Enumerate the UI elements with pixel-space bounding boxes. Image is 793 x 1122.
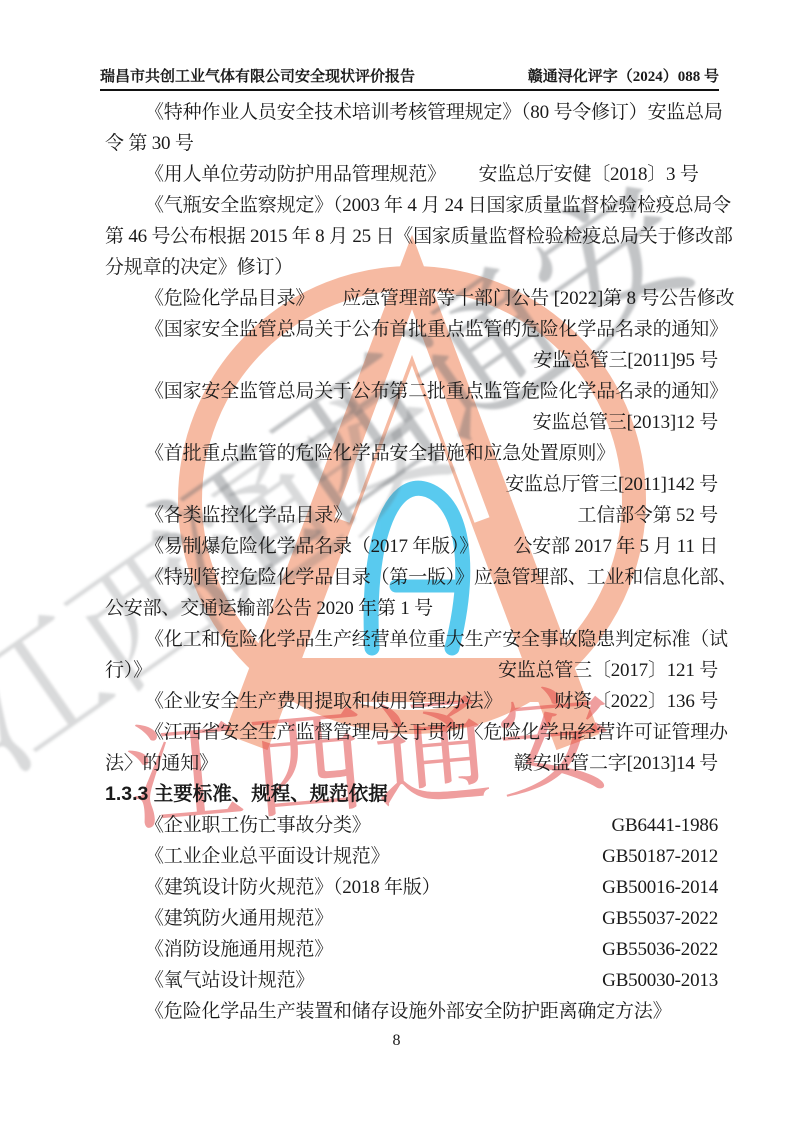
text-line: 安监总管三[2013]12 号 <box>105 407 718 438</box>
line-right-text: 安监总管三[2011]95 号 <box>533 345 718 376</box>
line-right-text: 安监总管三〔2017〕121 号 <box>498 655 718 686</box>
text-line: 第 46 号公布根据 2015 年 8 月 25 日《国家质量监督检验检疫总局关… <box>105 221 718 252</box>
line-left-text: 《国家安全监管总局关于公布首批重点监管的危险化学品名录的通知》 <box>105 314 728 345</box>
text-line: 《建筑防火通用规范》GB55037-2022 <box>105 903 718 934</box>
line-left-text: 《特别管控危险化学品目录（第一版）》应急管理部、工业和信息化部、 <box>105 562 737 593</box>
text-line: 法〉的通知》赣安监管二字[2013]14 号 <box>105 748 718 779</box>
line-left-text: 令 第 30 号 <box>105 128 194 159</box>
line-left-text: 第 46 号公布根据 2015 年 8 月 25 日《国家质量监督检验检疫总局关… <box>105 221 733 252</box>
line-left-text: 《建筑设计防火规范》（2018 年版） <box>105 872 440 903</box>
line-right-text: 财资〔2022〕136 号 <box>554 686 718 717</box>
text-line: 行）》安监总管三〔2017〕121 号 <box>105 655 718 686</box>
text-line: 安监总厅管三[2011]142 号 <box>105 469 718 500</box>
text-line: 安监总管三[2011]95 号 <box>105 345 718 376</box>
text-line: 《危险化学品目录》 应急管理部等十部门公告 [2022]第 8 号公告修改 <box>105 283 718 314</box>
line-left-text: 分规章的决定》修订） <box>105 252 293 283</box>
text-line: 《易制爆危险化学品名录（2017 年版）》公安部 2017 年 5 月 11 日 <box>105 531 718 562</box>
line-left-text: 《消防设施通用规范》 <box>105 934 333 965</box>
line-left-text: 《工业企业总平面设计规范》 <box>105 841 389 872</box>
line-left-text: 《首批重点监管的危险化学品安全措施和应急处置原则》 <box>105 438 615 469</box>
line-left-text: 《易制爆危险化学品名录（2017 年版）》 <box>105 531 478 562</box>
text-line: 《各类监控化学品目录》工信部令第 52 号 <box>105 500 718 531</box>
text-line: 《特别管控危险化学品目录（第一版）》应急管理部、工业和信息化部、 <box>105 562 718 593</box>
line-right-text: 安监总厅管三[2011]142 号 <box>505 469 718 500</box>
text-line: 《危险化学品生产装置和储存设施外部安全防护距离确定方法》 <box>105 996 718 1027</box>
line-left-text: 《危险化学品生产装置和储存设施外部安全防护距离确定方法》 <box>105 996 671 1027</box>
line-right-text: 工信部令第 52 号 <box>577 500 718 531</box>
document-body: 《特种作业人员安全技术培训考核管理规定》（80 号令修订）安监总局令 第 30 … <box>105 97 718 1027</box>
text-line: 《特种作业人员安全技术培训考核管理规定》（80 号令修订）安监总局 <box>105 97 718 128</box>
line-right-text: GB50016-2014 <box>602 872 718 903</box>
text-line: 《工业企业总平面设计规范》GB50187-2012 <box>105 841 718 872</box>
line-left-text: 行）》 <box>105 655 152 686</box>
line-right-text: 安监总管三[2013]12 号 <box>533 407 718 438</box>
text-line: 令 第 30 号 <box>105 128 718 159</box>
line-left-text: 1.3.3 主要标准、规程、规范依据 <box>105 779 388 810</box>
line-left-text: 《企业安全生产费用提取和使用管理办法》 <box>105 686 502 717</box>
page-footer: 8 <box>0 1032 793 1050</box>
line-left-text: 《气瓶安全监察规定》（2003 年 4 月 24 日国家质量监督检验检疫总局令 <box>105 190 731 221</box>
line-left-text: 《国家安全监管总局关于公布第二批重点监管危险化学品名录的通知》 <box>105 376 728 407</box>
text-line: 《江西省安全生产监督管理局关于贯彻〈危险化学品经营许可证管理办 <box>105 717 718 748</box>
line-right-text: 赣安监管二字[2013]14 号 <box>514 748 718 779</box>
text-line: 《消防设施通用规范》GB55036-2022 <box>105 934 718 965</box>
line-left-text: 《危险化学品目录》 应急管理部等十部门公告 [2022]第 8 号公告修改 <box>105 283 734 314</box>
line-right-text: GB55037-2022 <box>602 903 718 934</box>
text-line: 《化工和危险化学品生产经营单位重大生产安全事故隐患判定标准（试 <box>105 624 718 655</box>
document-page: 江西通安 江西通安 江西通安 瑞昌市共创工业气体有限公司安全现状评价报告 赣通浔… <box>0 0 793 1122</box>
line-left-text: 法〉的通知》 <box>105 748 218 779</box>
text-line: 《企业职工伤亡事故分类》GB6441-1986 <box>105 810 718 841</box>
line-right-text: 公安部 2017 年 5 月 11 日 <box>514 531 719 562</box>
text-line: 《氧气站设计规范》GB50030-2013 <box>105 965 718 996</box>
line-right-text: GB50187-2012 <box>602 841 718 872</box>
text-line: 《用人单位劳动防护用品管理规范》 安监总厅安健〔2018〕3 号 <box>105 159 718 190</box>
line-left-text: 《化工和危险化学品生产经营单位重大生产安全事故隐患判定标准（试 <box>105 624 728 655</box>
page-number: 8 <box>393 1032 401 1049</box>
line-left-text: 公安部、交通运输部公告 2020 年第 1 号 <box>105 593 433 624</box>
section-heading: 1.3.3 主要标准、规程、规范依据 <box>105 779 718 810</box>
line-right-text: GB55036-2022 <box>602 934 718 965</box>
text-line: 公安部、交通运输部公告 2020 年第 1 号 <box>105 593 718 624</box>
page-header: 瑞昌市共创工业气体有限公司安全现状评价报告 赣通浔化评字（2024）088 号 <box>100 58 719 91</box>
line-left-text: 《氧气站设计规范》 <box>105 965 314 996</box>
line-left-text: 《特种作业人员安全技术培训考核管理规定》（80 号令修订）安监总局 <box>105 97 723 128</box>
text-line: 《企业安全生产费用提取和使用管理办法》财资〔2022〕136 号 <box>105 686 718 717</box>
text-line: 《气瓶安全监察规定》（2003 年 4 月 24 日国家质量监督检验检疫总局令 <box>105 190 718 221</box>
line-left-text: 《建筑防火通用规范》 <box>105 903 333 934</box>
text-line: 《国家安全监管总局关于公布首批重点监管的危险化学品名录的通知》 <box>105 314 718 345</box>
line-right-text: GB6441-1986 <box>611 810 718 841</box>
text-line: 《建筑设计防火规范》（2018 年版）GB50016-2014 <box>105 872 718 903</box>
header-report-title: 瑞昌市共创工业气体有限公司安全现状评价报告 <box>100 65 415 86</box>
line-left-text: 《企业职工伤亡事故分类》 <box>105 810 371 841</box>
line-right-text: GB50030-2013 <box>602 965 718 996</box>
line-left-text: 《用人单位劳动防护用品管理规范》 安监总厅安健〔2018〕3 号 <box>105 159 699 190</box>
line-left-text: 《各类监控化学品目录》 <box>105 500 352 531</box>
text-line: 《首批重点监管的危险化学品安全措施和应急处置原则》 <box>105 438 718 469</box>
text-line: 分规章的决定》修订） <box>105 252 718 283</box>
header-doc-number: 赣通浔化评字（2024）088 号 <box>528 65 719 86</box>
line-left-text: 《江西省安全生产监督管理局关于贯彻〈危险化学品经营许可证管理办 <box>105 717 728 748</box>
text-line: 《国家安全监管总局关于公布第二批重点监管危险化学品名录的通知》 <box>105 376 718 407</box>
